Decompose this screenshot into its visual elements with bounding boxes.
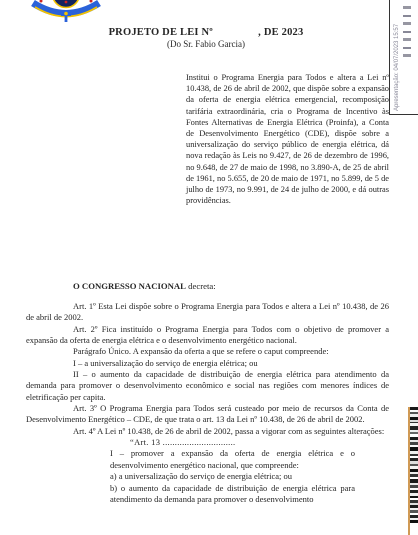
document-title: PROJETO DE LEI Nº , DE 2023 bbox=[20, 27, 392, 38]
barcode bbox=[408, 407, 418, 535]
article-paragraph: Art. 2º Fica instituído o Programa Energ… bbox=[26, 324, 389, 347]
document-page: PROJETO DE LEI Nº , DE 2023 (Do Sr. Fabi… bbox=[0, 0, 418, 535]
document-author: (Do Sr. Fabio Garcia) bbox=[20, 39, 392, 49]
article-paragraph: Art. 1º Esta Lei dispõe sobre o Programa… bbox=[26, 301, 389, 324]
article-paragraph: Art. 3º O Programa Energia para Todos se… bbox=[26, 403, 389, 426]
amendment-quote-block: “Art. 13 .............................. … bbox=[110, 437, 355, 505]
ementa-summary: Institui o Programa Energia para Todos e… bbox=[186, 72, 389, 206]
article-paragraph: Parágrafo Único. A expansão da oferta a … bbox=[26, 346, 389, 357]
article-paragraph: Art. 4º A Lei nº 10.438, de 26 de abril … bbox=[26, 426, 389, 437]
quote-paragraph: a) a universalização do serviço de energ… bbox=[110, 471, 355, 482]
clipped-label-fragments bbox=[403, 6, 411, 62]
quote-paragraph: I – promover a expansão da oferta de ene… bbox=[110, 448, 355, 471]
presentation-timestamp: Apresentação: 04/07/2023 15:57 bbox=[394, 3, 400, 111]
quote-paragraph: b) o aumento da capacidade de distribuiç… bbox=[110, 483, 355, 506]
presentation-stamp-box: Apresentação: 04/07/2023 15:57 bbox=[389, 0, 418, 115]
preamble-rest: decreta: bbox=[186, 281, 216, 291]
title-block: PROJETO DE LEI Nº , DE 2023 (Do Sr. Fabi… bbox=[20, 27, 392, 49]
quote-paragraph: “Art. 13 .............................. bbox=[110, 437, 355, 448]
coat-of-arms-icon bbox=[30, 0, 102, 25]
preamble-bold: O CONGRESSO NACIONAL bbox=[73, 281, 186, 291]
bill-body: Art. 1º Esta Lei dispõe sobre o Programa… bbox=[26, 301, 389, 505]
article-paragraph: II – o aumento da capacidade de distribu… bbox=[26, 369, 389, 403]
article-paragraph: I – a universalização do serviço de ener… bbox=[26, 358, 389, 369]
preamble-line: O CONGRESSO NACIONAL decreta: bbox=[26, 281, 389, 291]
